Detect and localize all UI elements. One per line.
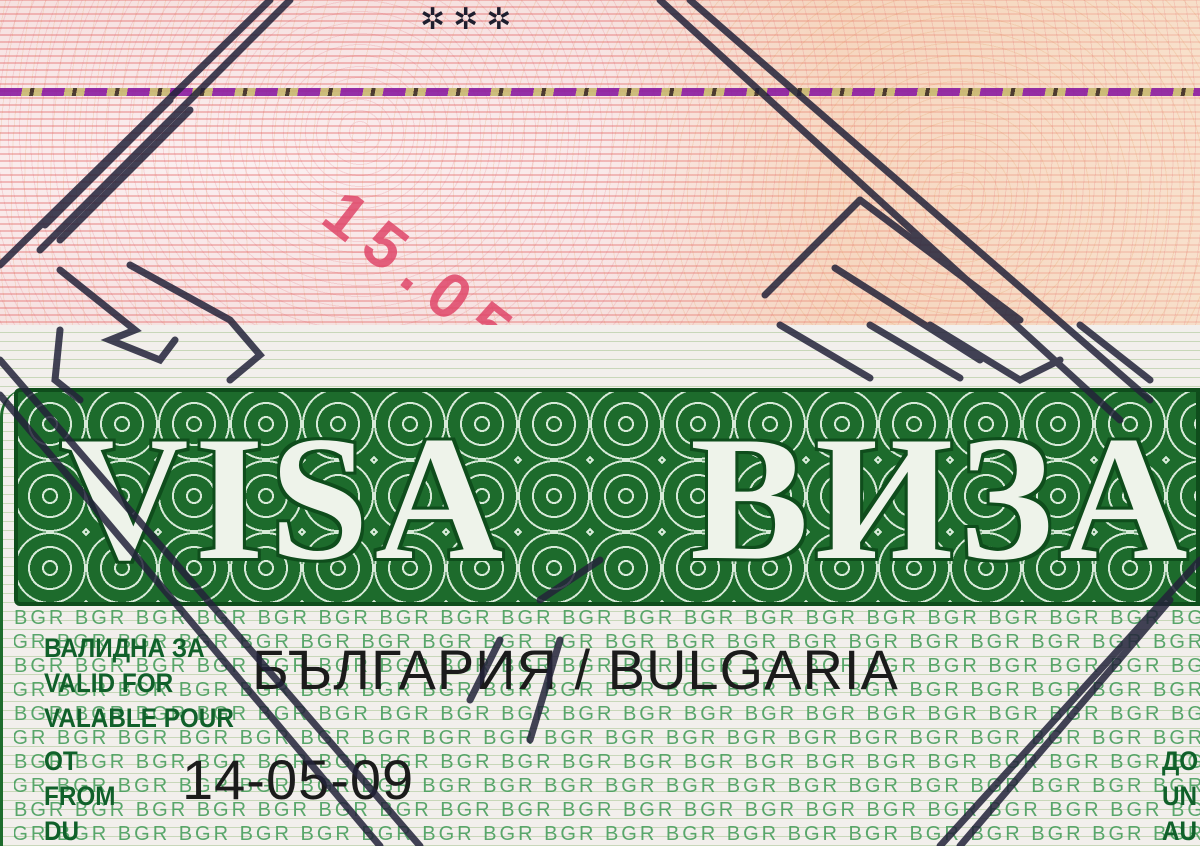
visa-photo: ✲✲✲ 15.05. BGR BGR BGR BGR BGR BGR BGR B… (0, 0, 1200, 846)
passport-page-background (0, 0, 1200, 330)
microprint-row: BGR BGR BGR BGR BGR BGR BGR BGR BGR BGR … (14, 822, 1200, 846)
label-valid-for-en: VALID FOR (44, 667, 173, 699)
label-from-fr: DU (44, 815, 79, 846)
valid-for-value: БЪЛГАРИЯ / BULGARIA (252, 640, 899, 700)
passport-binding-thread (0, 88, 1200, 96)
visa-title-latin: VISA (60, 418, 509, 578)
from-date-value: 14-05-09 (182, 750, 414, 810)
visa-title-cyrillic: ВИЗА (690, 418, 1194, 578)
label-valid-for-fr: VALABLE POUR (44, 702, 234, 734)
label-until-en: UN (1162, 780, 1197, 812)
guilloche-mesh (0, 0, 1200, 330)
label-from-bg: ОТ (44, 745, 78, 777)
label-from-en: FROM (44, 780, 116, 812)
label-valid-for-bg: ВАЛИДНА ЗА (44, 632, 205, 664)
label-until-fr: AU (1162, 815, 1197, 846)
label-until-bg: ДО (1162, 745, 1198, 777)
stamp-stars-icon: ✲✲✲ (420, 0, 550, 50)
microprint-row: BGR BGR BGR BGR BGR BGR BGR BGR BGR BGR … (14, 606, 1200, 630)
